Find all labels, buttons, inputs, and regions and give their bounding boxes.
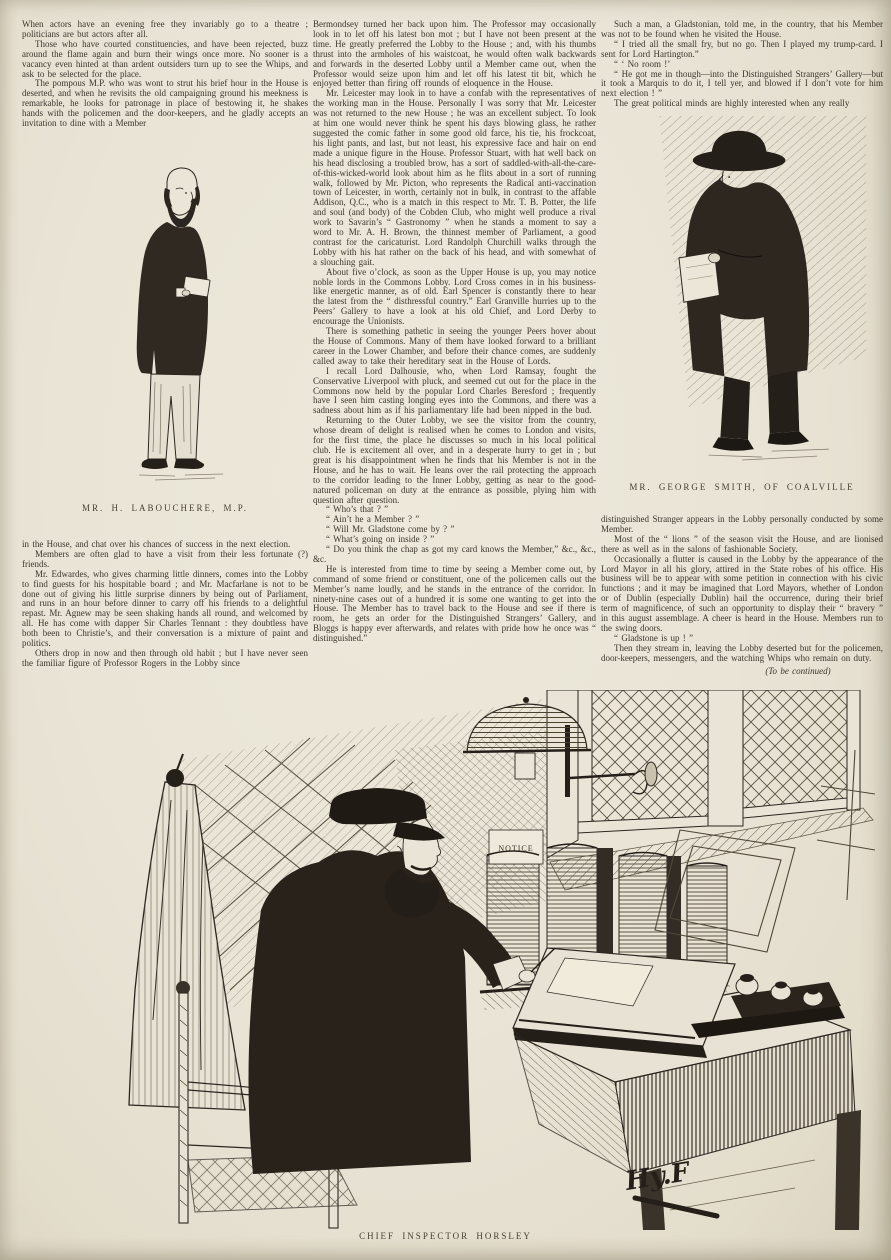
caption-smith: MR. GEORGE SMITH, OF COALVILLE [601, 482, 883, 492]
figure-horsley-illustration: NOTICE [95, 690, 875, 1230]
paragraph: About five o’clock, as soon as the Upper… [313, 268, 596, 327]
paragraph: “ He got me in though—into the Distingui… [601, 70, 883, 100]
paragraph: There is something pathetic in seeing th… [313, 327, 596, 367]
column-1-top-text: When actors have an evening free they in… [22, 20, 308, 129]
artist-signature: Hy.F [622, 1157, 717, 1216]
paragraph: Mr. Leicester may look in to have a conf… [313, 89, 596, 267]
figure-smith-illustration [622, 112, 872, 462]
to-be-continued-note: (To be continued) [601, 667, 891, 677]
paragraph: I recall Lord Dalhousie, who, when Lord … [313, 367, 596, 417]
paragraph: The great political minds are highly int… [601, 99, 883, 109]
scanned-periodical-page: When actors have an evening free they in… [0, 0, 891, 1260]
caption-horsley: CHIEF INSPECTOR HORSLEY [0, 1231, 891, 1241]
paragraph: distinguished Stranger appears in the Lo… [601, 515, 883, 535]
paragraph: Such a man, a Gladstonian, told me, in t… [601, 20, 883, 40]
paragraph: Then they stream in, leaving the Lobby d… [601, 644, 883, 664]
paragraph: Mr. Edwardes, who gives charming little … [22, 570, 308, 649]
smith-sketch [622, 112, 872, 462]
column-3-bottom-text: distinguished Stranger appears in the Lo… [601, 515, 883, 664]
paragraph: Occasionally a flutter is caused in the … [601, 555, 883, 634]
caption-labouchere: MR. H. LABOUCHERE, M.P. [22, 503, 308, 513]
paragraph: He is interested from time to time by se… [313, 565, 596, 644]
figure-labouchere-illustration [55, 142, 310, 492]
column-1-bottom-text: in the House, and chat over his chances … [22, 540, 308, 669]
paragraph: Bermondsey turned her back upon him. The… [313, 20, 596, 89]
paragraph: Others drop in now and then through old … [22, 649, 308, 669]
paragraph: Members are often glad to have a visit f… [22, 550, 308, 570]
paragraph: The pompous M.P. who was wont to strut h… [22, 79, 308, 129]
paragraph: Returning to the Outer Lobby, we see the… [313, 416, 596, 505]
paragraph: “ I tried all the small fry, but no go. … [601, 40, 883, 60]
paragraph: Most of the “ lions ” of the season visi… [601, 535, 883, 555]
column-3-top-text: Such a man, a Gladstonian, told me, in t… [601, 20, 883, 109]
horsley-sketch: NOTICE [95, 690, 875, 1230]
desk-sketch [513, 948, 861, 1230]
paragraph: Those who have courted constituencies, a… [22, 40, 308, 80]
paragraph: When actors have an evening free they in… [22, 20, 308, 40]
paragraph: “ Do you think the chap as got my card k… [313, 545, 596, 565]
column-2-text: Bermondsey turned her back upon him. The… [313, 20, 596, 644]
labouchere-sketch [55, 142, 310, 492]
